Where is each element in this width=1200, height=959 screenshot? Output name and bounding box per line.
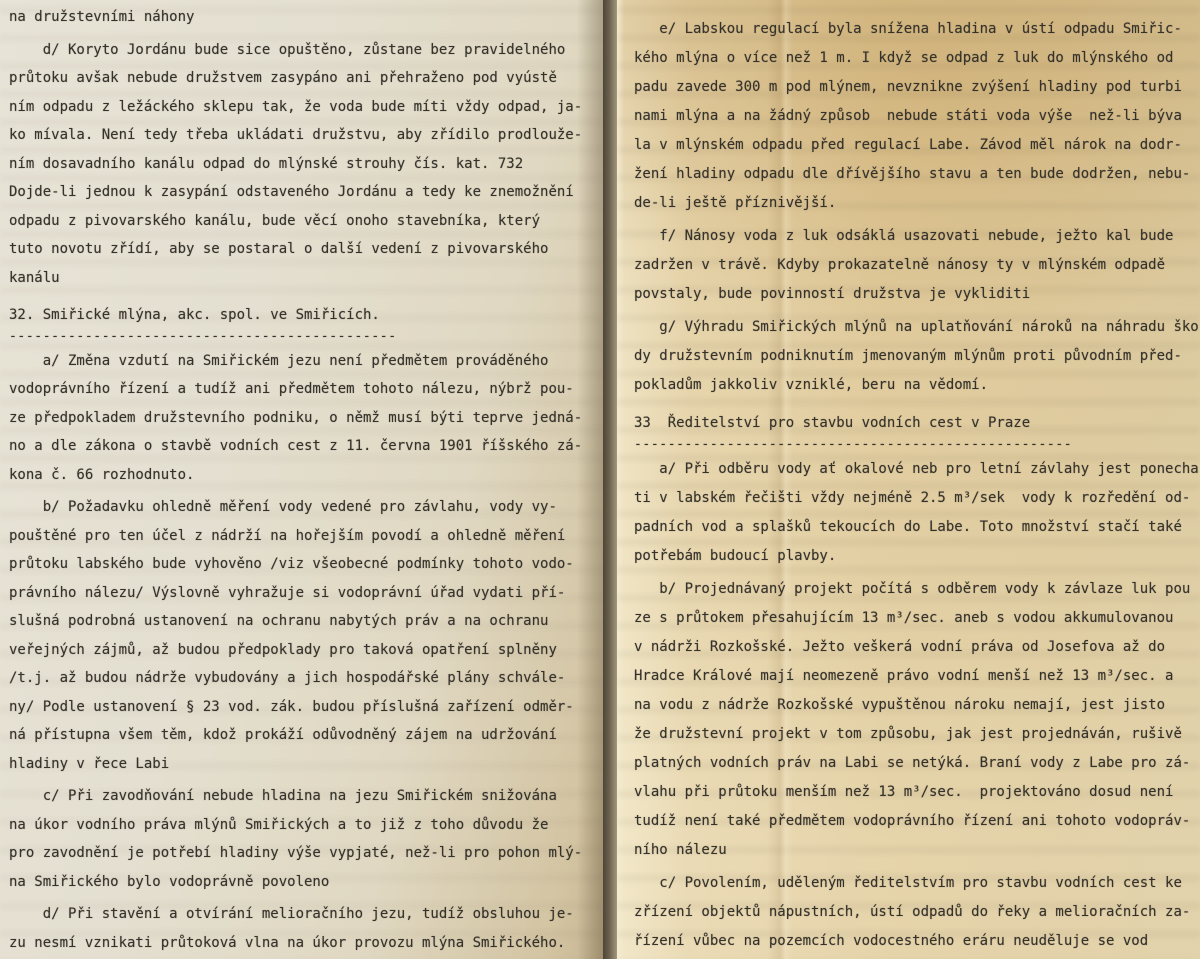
- paragraph: c/ Při zavodňování nebude hladina na jez…: [9, 782, 603, 896]
- paragraph: c/ Povolením, uděleným ředitelstvím pro …: [634, 869, 1200, 956]
- section-heading-title: 33 Ředitelství pro stavbu vodních cest v…: [634, 409, 1200, 438]
- section-heading: 33 Ředitelství pro stavbu vodních cest v…: [634, 409, 1200, 451]
- section-heading-underline: ----------------------------------------…: [9, 330, 603, 343]
- text-line: padních vod a splašků tekoucích do Labe.…: [634, 513, 1200, 542]
- text-line: potřebám budoucí plavby.: [634, 542, 1200, 571]
- text-line: průtoku avšak nebude družstvem zasypáno …: [9, 64, 603, 93]
- text-line: kona č. 66 rozhodnuto.: [9, 461, 603, 490]
- text-line: ním odpadu z ležáckého sklepu tak, že vo…: [9, 93, 603, 122]
- text-line: d/ Při stavění a otvírání melioračního j…: [9, 900, 603, 929]
- text-line: ze předpokladem družstevního podniku, o …: [9, 404, 603, 433]
- text-line: vlahu při průtoku menším než 13 m³/sec. …: [634, 778, 1200, 807]
- paragraph: d/ Při stavění a otvírání melioračního j…: [9, 900, 603, 957]
- paragraph: g/ Výhradu Smiřických mlýnů na uplatňová…: [634, 313, 1200, 400]
- text-line: /t.j. až budou nádrže vybudovány a jich …: [9, 664, 603, 693]
- text-line: pro zavodnění je potřebí hladiny výše vy…: [9, 839, 603, 868]
- paragraph: d/ Koryto Jordánu bude sice opuštěno, zů…: [9, 36, 603, 293]
- text-line: kanálu: [9, 264, 603, 293]
- text-line: povstaly, bude povinností družstva je vy…: [634, 280, 1200, 309]
- text-line: b/ Projednávaný projekt počítá s odběrem…: [634, 575, 1200, 604]
- text-line: tudíž není také předmětem vodoprávního ř…: [634, 807, 1200, 836]
- text-line: e/ Labskou regulací byla snížena hladina…: [634, 15, 1200, 44]
- text-line: právního nálezu/ Výslovně vyhražuje si v…: [9, 579, 603, 608]
- text-line: tuto novotu zřídí, aby se postaral o dal…: [9, 235, 603, 264]
- text-line: v nádrži Rozkošské. Ježto veškerá vodní …: [634, 633, 1200, 662]
- text-line: na úkor vodního práva mlýnů Smiřických a…: [9, 811, 603, 840]
- page-right: e/ Labskou regulací byla snížena hladina…: [617, 0, 1200, 959]
- text-line: slušná podrobná ustanovení na ochranu na…: [9, 607, 603, 636]
- text-line: odpadu z pivovarského kanálu, bude věcí …: [9, 207, 603, 236]
- text-line: na vodu z nádrže Rozkošské vypuštěnou ná…: [634, 691, 1200, 720]
- text-line: c/ Povolením, uděleným ředitelstvím pro …: [634, 869, 1200, 898]
- paragraph: b/ Požadavku ohledně měření vody vedené …: [9, 493, 603, 778]
- text-line: že družstevní projekt v tom způsobu, jak…: [634, 720, 1200, 749]
- text-line: hladiny v řece Labi: [9, 750, 603, 779]
- text-line: řízení vůbec na pozemcích vodocestného e…: [634, 927, 1200, 956]
- paragraph: f/ Nánosy voda z luk odsáklá usazovati n…: [634, 222, 1200, 309]
- text-line: la v mlýnském odpadu před regulací Labe.…: [634, 131, 1200, 160]
- section-heading-underline: ----------------------------------------…: [634, 438, 1200, 451]
- text-line: pouštěné pro ten účel z nádrží na hořejš…: [9, 522, 603, 551]
- text-line: pokladům jakkoliv vzniklé, beru na vědom…: [634, 371, 1200, 400]
- text-line: Dojde-li jednou k zasypání odstaveného J…: [9, 178, 603, 207]
- text-line: ná přístupna všem těm, kdož prokáží odův…: [9, 721, 603, 750]
- document-scan: na družstevními náhony d/ Koryto Jordánu…: [0, 0, 1200, 959]
- text-line: nami mlýna a na žádný způsob nebude stát…: [634, 102, 1200, 131]
- section-heading-title: 32. Smiřické mlýna, akc. spol. ve Smiřic…: [9, 301, 603, 330]
- text-line: ního nálezu: [634, 836, 1200, 865]
- page-left: na družstevními náhony d/ Koryto Jordánu…: [0, 0, 603, 959]
- text-line: na Smiřického bylo vodoprávně povoleno: [9, 868, 603, 897]
- text-line: ny/ Podle ustanovení § 23 vod. zák. budo…: [9, 693, 603, 722]
- text-line: no a dle zákona o stavbě vodních cest z …: [9, 432, 603, 461]
- text-line: průtoku labského bude vyhověno /viz všeo…: [9, 550, 603, 579]
- text-line: de-li ještě příznivější.: [634, 189, 1200, 218]
- text-line: a/ Při odběru vody ať okalové neb pro le…: [634, 455, 1200, 484]
- text-line: ko mívala. Není tedy třeba ukládati druž…: [9, 121, 603, 150]
- text-line: platných vodních práv na Labi se netýká.…: [634, 749, 1200, 778]
- page-left-text: na družstevními náhony d/ Koryto Jordánu…: [0, 0, 603, 957]
- text-line: d/ Koryto Jordánu bude sice opuštěno, zů…: [9, 36, 603, 65]
- text-line: g/ Výhradu Smiřických mlýnů na uplatňová…: [634, 313, 1200, 342]
- text-line: veřejných zájmů, až budou předpoklady pr…: [9, 636, 603, 665]
- text-line: dy družstevním podniknutím jmenovaným ml…: [634, 342, 1200, 371]
- paragraph: a/ Při odběru vody ať okalové neb pro le…: [634, 455, 1200, 571]
- text-line: na družstevními náhony: [9, 3, 603, 32]
- text-line: ze s průtokem přesahujícím 13 m³/sec. an…: [634, 604, 1200, 633]
- paragraph: b/ Projednávaný projekt počítá s odběrem…: [634, 575, 1200, 865]
- text-line: f/ Nánosy voda z luk odsáklá usazovati n…: [634, 222, 1200, 251]
- text-line: Hradce Králové mají neomezeně právo vodn…: [634, 662, 1200, 691]
- section-heading: 32. Smiřické mlýna, akc. spol. ve Smiřic…: [9, 301, 603, 343]
- text-line: vodoprávního řízení a tudíž ani předměte…: [9, 375, 603, 404]
- paragraph: a/ Změna vzdutí na Smiřickém jezu není p…: [9, 347, 603, 490]
- text-line: padu zavede 300 m pod mlýnem, nevznikne …: [634, 73, 1200, 102]
- text-line: b/ Požadavku ohledně měření vody vedené …: [9, 493, 603, 522]
- text-line: kého mlýna o více než 1 m. I když se odp…: [634, 44, 1200, 73]
- paragraph: e/ Labskou regulací byla snížena hladina…: [634, 15, 1200, 218]
- text-line: c/ Při zavodňování nebude hladina na jez…: [9, 782, 603, 811]
- text-line: zu nesmí vznikati průtoková vlna na úkor…: [9, 929, 603, 958]
- text-line: zřízení objektů nápustních, ústí odpadů …: [634, 898, 1200, 927]
- text-line: a/ Změna vzdutí na Smiřickém jezu není p…: [9, 347, 603, 376]
- text-line: ti v labském řečišti vždy nejméně 2.5 m³…: [634, 484, 1200, 513]
- page-right-text: e/ Labskou regulací byla snížena hladina…: [617, 0, 1200, 956]
- paragraph: na družstevními náhony: [9, 3, 603, 32]
- text-line: zadržen v trávě. Kdyby prokazatelně náno…: [634, 251, 1200, 280]
- text-line: žení hladiny odpadu dle dřívějšího stavu…: [634, 160, 1200, 189]
- page-seam: [603, 0, 617, 959]
- text-line: ním dosavadního kanálu odpad do mlýnské …: [9, 150, 603, 179]
